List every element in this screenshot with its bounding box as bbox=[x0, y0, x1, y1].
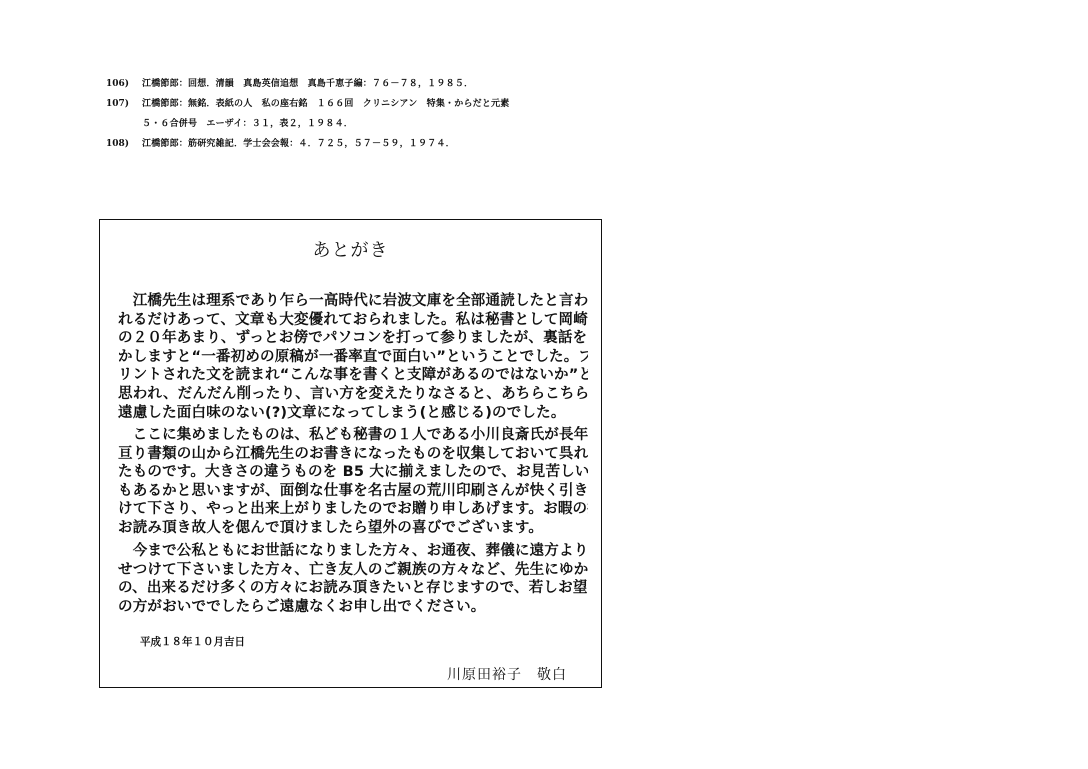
paragraph-line: れるだけあって、文章も大変優れておられました。私は秘書として岡崎で bbox=[118, 311, 588, 330]
reference-text: ５・６合併号 エーザイ：３１，表２，１９８４． bbox=[142, 114, 353, 134]
paragraph-line: たものです。大きさの違うものを B5 大に揃えましたので、お見苦しい所 bbox=[118, 463, 588, 482]
paragraph-line: ここに集めましたものは、私ども秘書の１人である小川良斎氏が長年に bbox=[118, 426, 588, 445]
afterword-paragraph-1: 江橋先生は理系であり乍ら一高時代に岩波文庫を全部通読したと言わ れるだけあって、… bbox=[118, 292, 588, 422]
reference-item-continuation: ５・６合併号 エーザイ：３１，表２，１９８４． bbox=[106, 114, 666, 134]
paragraph-line: 思われ、だんだん削ったり、言い方を変えたりなさると、あちらこちらに bbox=[118, 385, 588, 404]
paragraph-line: 江橋先生は理系であり乍ら一高時代に岩波文庫を全部通読したと言わ bbox=[118, 292, 588, 311]
paragraph-line: お読み頂き故人を偲んで頂けましたら望外の喜びでございます。 bbox=[118, 519, 588, 538]
paragraph-line: もあるかと思いますが、面倒な仕事を名古屋の荒川印刷さんが快く引き受 bbox=[118, 482, 588, 501]
reference-number: 108) bbox=[106, 134, 142, 154]
paragraph-line: の２０年あまり、ずっとお傍でパソコンを打って参りましたが、裏話を明 bbox=[118, 329, 588, 348]
reference-number: 107) bbox=[106, 94, 142, 114]
paragraph-line: 今まで公私ともにお世話になりました方々、お通夜、葬儀に遠方より馳 bbox=[118, 542, 588, 561]
paragraph-line: 亘り書類の山から江橋先生のお書きになったものを収集しておいて呉れ bbox=[118, 445, 588, 464]
paragraph-line: 遠慮した面白味のない(?)文章になってしまう(と感じる)のでした。 bbox=[118, 404, 588, 423]
afterword-paragraph-2: ここに集めましたものは、私ども秘書の１人である小川良斎氏が長年に 亘り書類の山か… bbox=[118, 426, 588, 538]
afterword-paragraph-3: 今まで公私ともにお世話になりました方々、お通夜、葬儀に遠方より馳 せつけて下さい… bbox=[118, 542, 588, 616]
afterword-date: 平成１８年１０月吉日 bbox=[140, 634, 245, 649]
afterword-title: あとがき bbox=[100, 236, 601, 262]
reference-item: 106) 江橋節郎：回想．清韻 真島英信追想 真島千恵子編：７６－７８，１９８５… bbox=[106, 74, 666, 94]
reference-number: 106) bbox=[106, 74, 142, 94]
afterword-box: あとがき 江橋先生は理系であり乍ら一高時代に岩波文庫を全部通読したと言わ れるだ… bbox=[99, 219, 602, 688]
paragraph-line: せつけて下さいました方々、亡き友人のご親族の方々など、先生にゆかり bbox=[118, 561, 588, 580]
reference-list: 106) 江橋節郎：回想．清韻 真島英信追想 真島千恵子編：７６－７８，１９８５… bbox=[106, 74, 666, 154]
paragraph-line: けて下さり、やっと出来上がりましたのでお贈り申しあげます。お暇の折 bbox=[118, 500, 588, 519]
paragraph-line: リントされた文を読まれ“こんな事を書くと支障があるのではないか”と bbox=[118, 366, 588, 385]
reference-text: 江橋節郎：回想．清韻 真島英信追想 真島千恵子編：７６－７８，１９８５． bbox=[142, 74, 473, 94]
reference-item: 107) 江橋節郎：無銘．表紙の人 私の座右銘 １６６回 クリニシアン 特集・か… bbox=[106, 94, 666, 114]
reference-item: 108) 江橋節郎：筋研究雑記．学士会会報：４．７２５，５７－５９，１９７４． bbox=[106, 134, 666, 154]
afterword-signature: 川原田裕子 敬白 bbox=[447, 664, 567, 684]
paragraph-line: の方がおいででしたらご遠慮なくお申し出でください。 bbox=[118, 598, 588, 617]
paragraph-line: かしますと“一番初めの原稿が一番率直で面白い”ということでした。プ bbox=[118, 348, 588, 367]
reference-text: 江橋節郎：無銘．表紙の人 私の座右銘 １６６回 クリニシアン 特集・からだと元素 bbox=[142, 94, 509, 114]
reference-text: 江橋節郎：筋研究雑記．学士会会報：４．７２５，５７－５９，１９７４． bbox=[142, 134, 455, 154]
paragraph-line: の、出来るだけ多くの方々にお読み頂きたいと存じますので、若しお望み bbox=[118, 579, 588, 598]
